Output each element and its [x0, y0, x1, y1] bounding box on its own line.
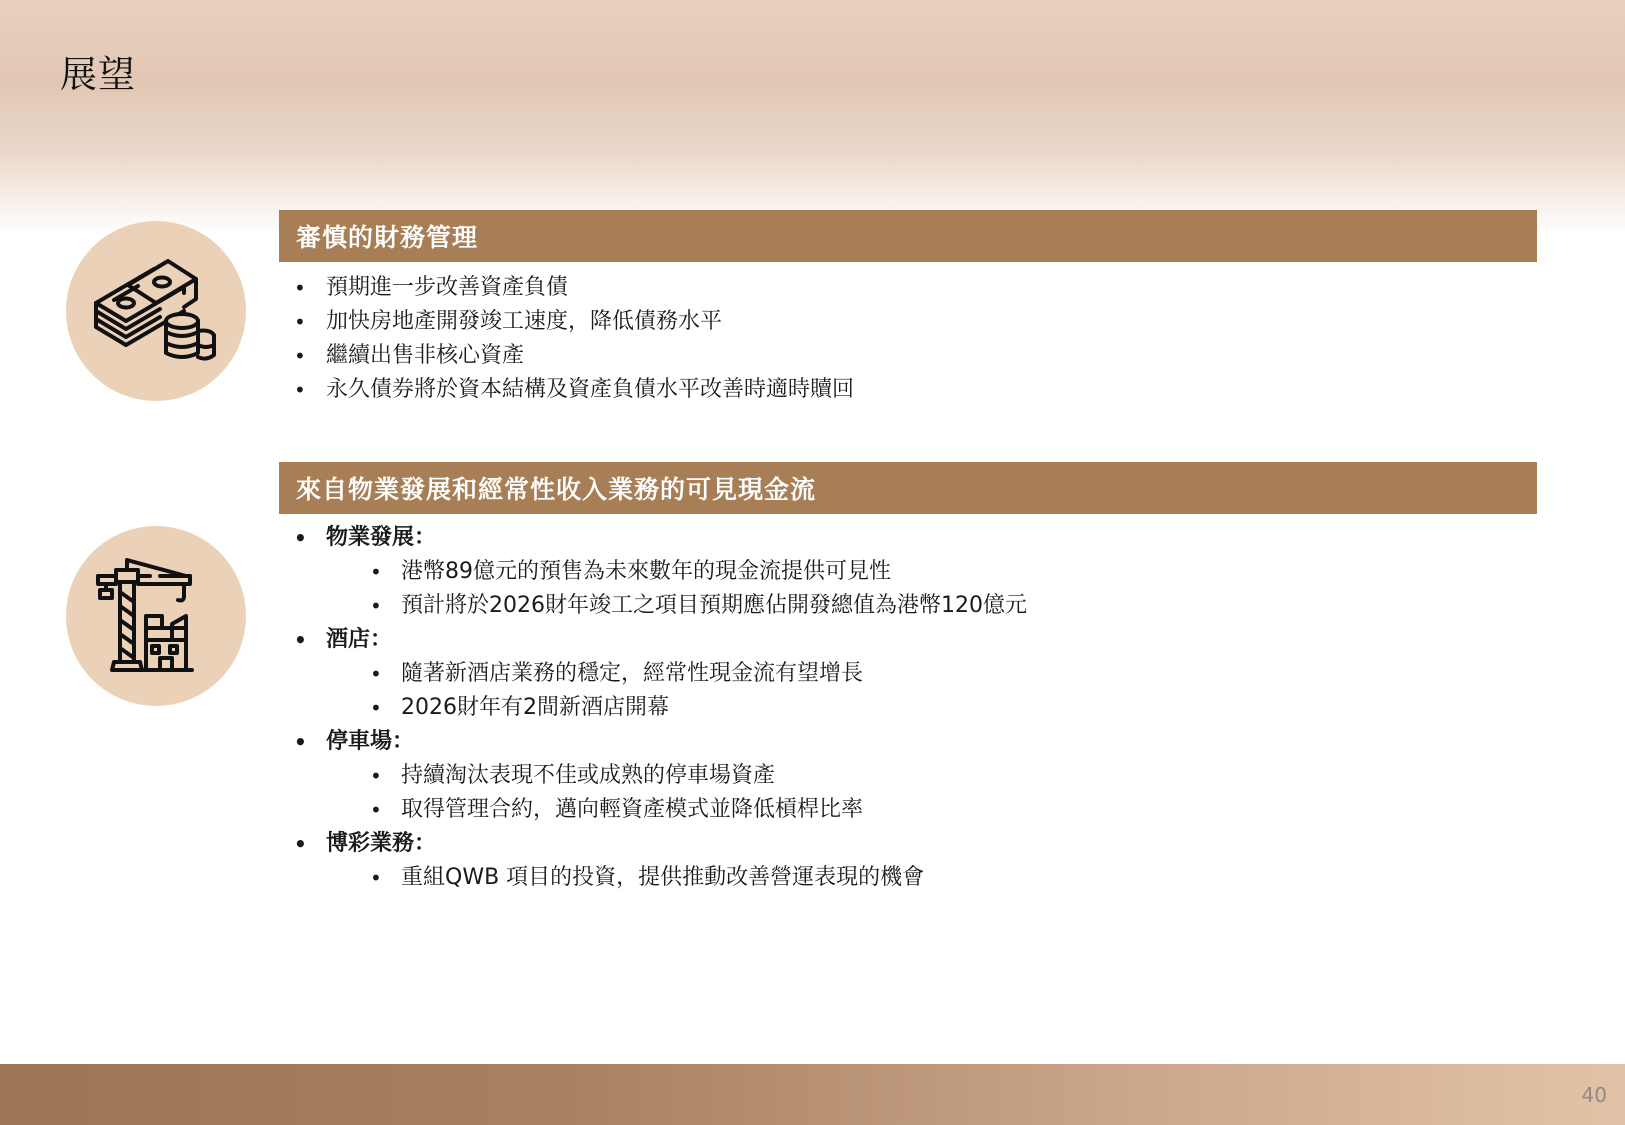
footer-gradient-band — [0, 1064, 1625, 1125]
list-item: 港幣89億元的預售為未來數年的現金流提供可見性 — [290, 555, 1027, 589]
list-item: 隨著新酒店業務的穩定，經常性現金流有望增長 — [290, 657, 1027, 691]
list-item: 重組QWB 項目的投資，提供推動改善營運表現的機會 — [290, 861, 1027, 895]
list-item: 取得管理合約，邁向輕資產模式並降低槓桿比率 — [290, 793, 1027, 827]
list-item: 繼續出售非核心資產 — [290, 339, 854, 373]
financial-management-list: 預期進一步改善資產負債 加快房地產開發竣工速度，降低債務水平 繼續出售非核心資產… — [290, 271, 854, 407]
section-heading-visible-cash-flow: 來自物業發展和經常性收入業務的可見現金流 — [279, 462, 1537, 514]
list-item: 永久債券將於資本結構及資產負債水平改善時適時贖回 — [290, 373, 854, 407]
visible-cash-flow-list: 物業發展： 港幣89億元的預售為未來數年的現金流提供可見性 預計將於2026財年… — [290, 521, 1027, 895]
list-item: 加快房地產開發竣工速度，降低債務水平 — [290, 305, 854, 339]
category-property-development: 物業發展： — [290, 521, 1027, 555]
slide-title: 展望 — [60, 44, 136, 98]
section-heading-financial-management: 審慎的財務管理 — [279, 210, 1537, 262]
list-item: 持續淘汰表現不佳或成熟的停車場資產 — [290, 759, 1027, 793]
category-hotels: 酒店： — [290, 623, 1027, 657]
category-gaming: 博彩業務： — [290, 827, 1027, 861]
construction-crane-building-icon — [66, 526, 246, 706]
header-gradient-band — [0, 0, 1625, 235]
category-car-parks: 停車場： — [290, 725, 1027, 759]
list-item: 預期進一步改善資產負債 — [290, 271, 854, 305]
page-number: 40 — [1582, 1083, 1607, 1107]
list-item: 2026財年有2間新酒店開幕 — [290, 691, 1027, 725]
money-stack-coins-icon — [66, 221, 246, 401]
list-item: 預計將於2026財年竣工之項目預期應佔開發總值為港幣120億元 — [290, 589, 1027, 623]
